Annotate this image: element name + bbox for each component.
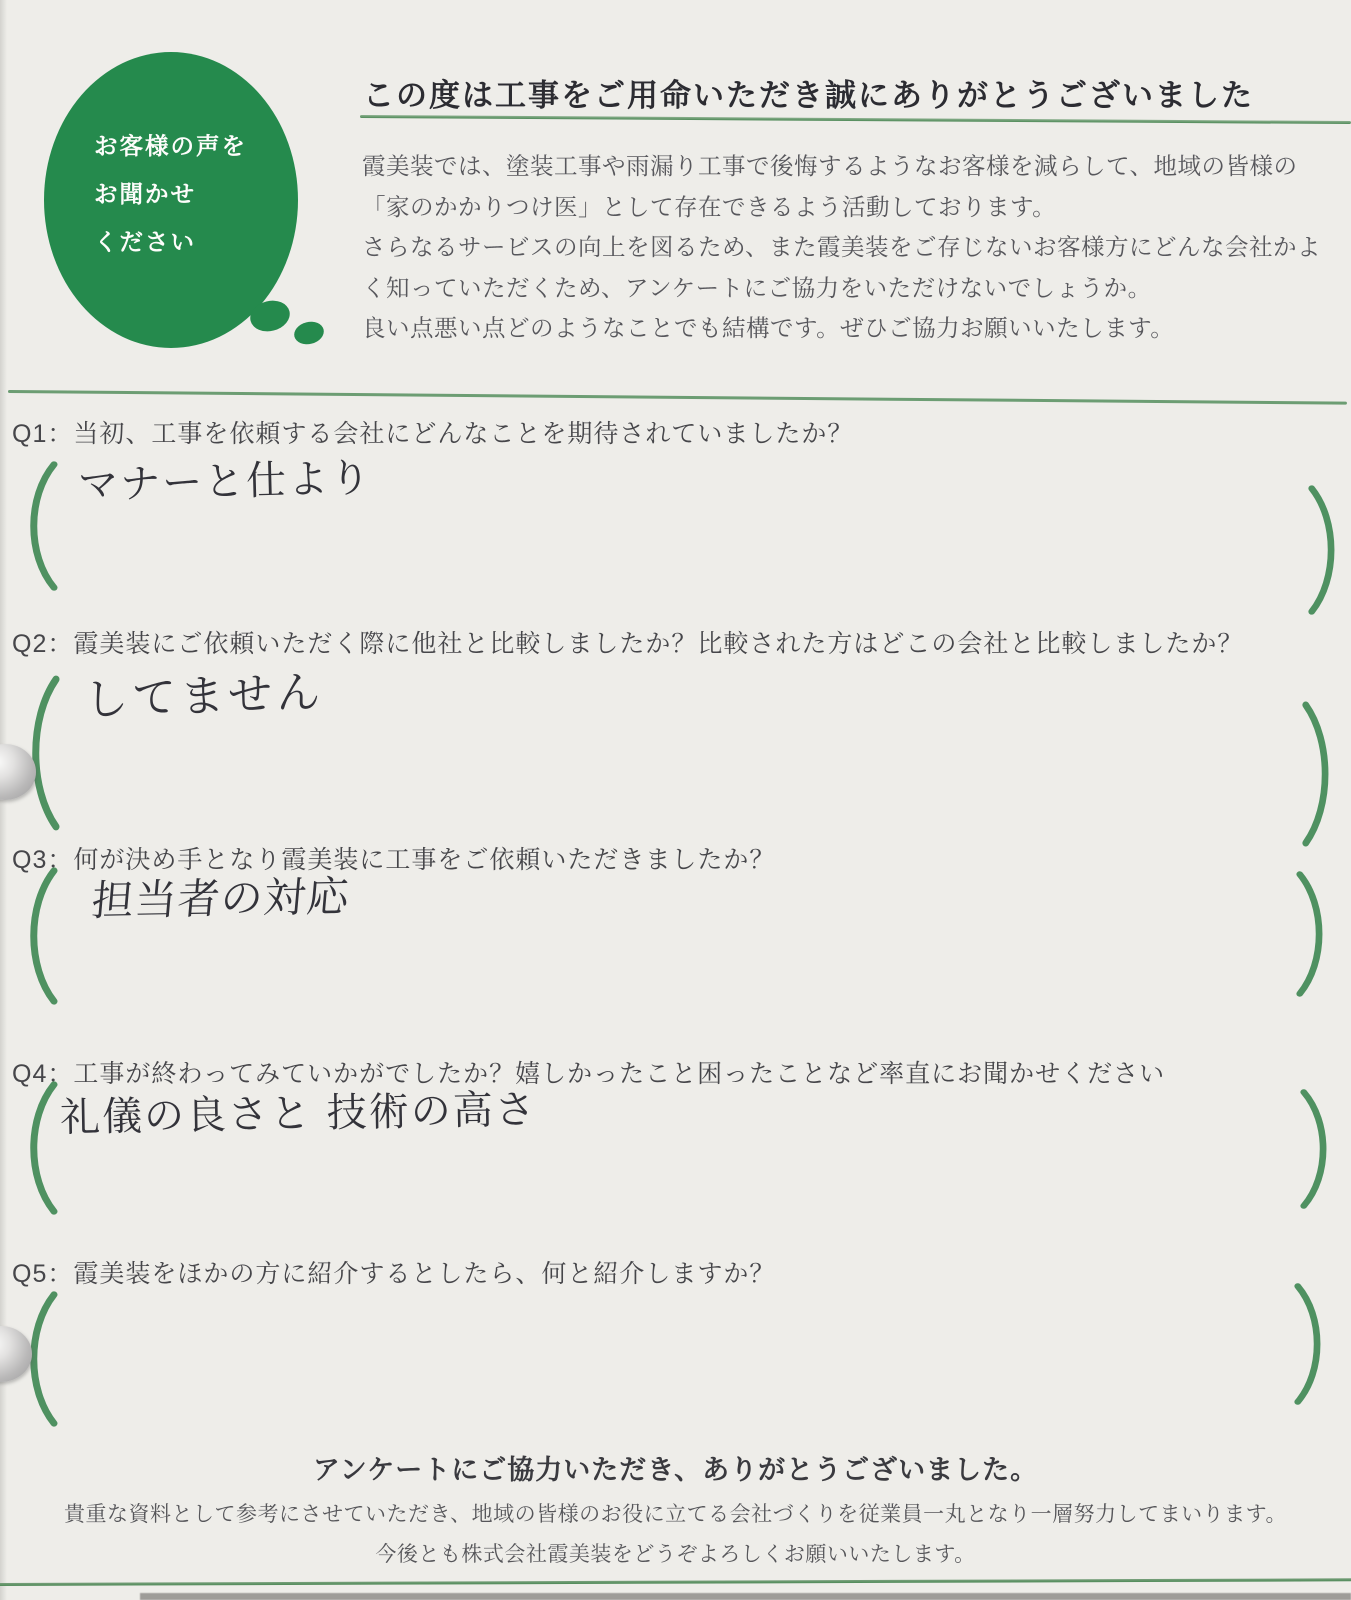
speech-bubble-text: お客様の声を お聞かせ ください (94, 122, 247, 266)
question-block-q5: Q5：霞美装をほかの方に紹介するとしたら、何と紹介しますか？ (0, 1254, 1351, 1454)
question-text: Q5：霞美装をほかの方に紹介するとしたら、何と紹介しますか？ (12, 1254, 775, 1290)
section-divider (8, 390, 1347, 404)
speech-bubble-dot-small-icon (292, 319, 326, 348)
paren-close-icon (1306, 484, 1350, 616)
question-block-q2: Q2：霞美装にご依頼いただく際に他社と比較しましたか？比較された方はどこの会社と… (0, 624, 1351, 840)
bottom-rule (0, 1578, 1351, 1586)
paren-close-icon (1294, 870, 1338, 998)
question-text: Q2：霞美装にご依頼いただく際に他社と比較しましたか？比較された方はどこの会社と… (12, 624, 1243, 660)
question-block-q3: Q3：何が決め手となり霞美装に工事をご依頼いただきましたか？ 担当者の対応 (0, 840, 1351, 1040)
bottom-scan-edge (140, 1593, 1351, 1600)
handwritten-answer: 担当者の対応 (89, 864, 352, 929)
paren-open-icon (14, 1080, 60, 1216)
footer-thanks: アンケートにご協力いただき、ありがとうございました。 (0, 1448, 1351, 1487)
scanned-survey-page: お客様の声を お聞かせ ください この度は工事をご用命いただき誠にありがとうござ… (0, 0, 1351, 1600)
question-block-q4: Q4：工事が終わってみていかがでしたか？嬉しかったこと困ったことなど率直にお聞か… (0, 1054, 1351, 1254)
footer-note-1: 貴重な資料として参考にさせていただき、地域の皆様のお役に立てる会社づくりを従業員… (0, 1498, 1351, 1528)
intro-paragraph: 霞美装では、塗装工事や雨漏り工事で後悔するようなお客様を減らして、地域の皆様の … (362, 146, 1351, 349)
question-block-q1: Q1：当初、工事を依頼する会社にどんなことを期待されていましたか？ マナーと仕よ… (0, 414, 1351, 624)
paren-close-icon (1298, 1088, 1342, 1210)
question-text: Q1：当初、工事を依頼する会社にどんなことを期待されていましたか？ (12, 414, 853, 450)
handwritten-answer: してません (83, 656, 325, 728)
title-underline (360, 115, 1351, 124)
handwritten-answer: 礼儀の良さと 技術の高さ (60, 1078, 538, 1143)
paren-close-icon (1292, 1282, 1336, 1406)
page-title: この度は工事をご用命いただき誠にありがとうございました (363, 70, 1351, 115)
paren-close-icon (1300, 700, 1344, 848)
footer-note-2: 今後とも株式会社霞美装をどうぞよろしくお願いいたします。 (0, 1538, 1351, 1568)
paren-open-icon (14, 460, 60, 592)
handwritten-answer: マナーと仕より (77, 446, 372, 511)
paren-open-icon (14, 866, 60, 1006)
